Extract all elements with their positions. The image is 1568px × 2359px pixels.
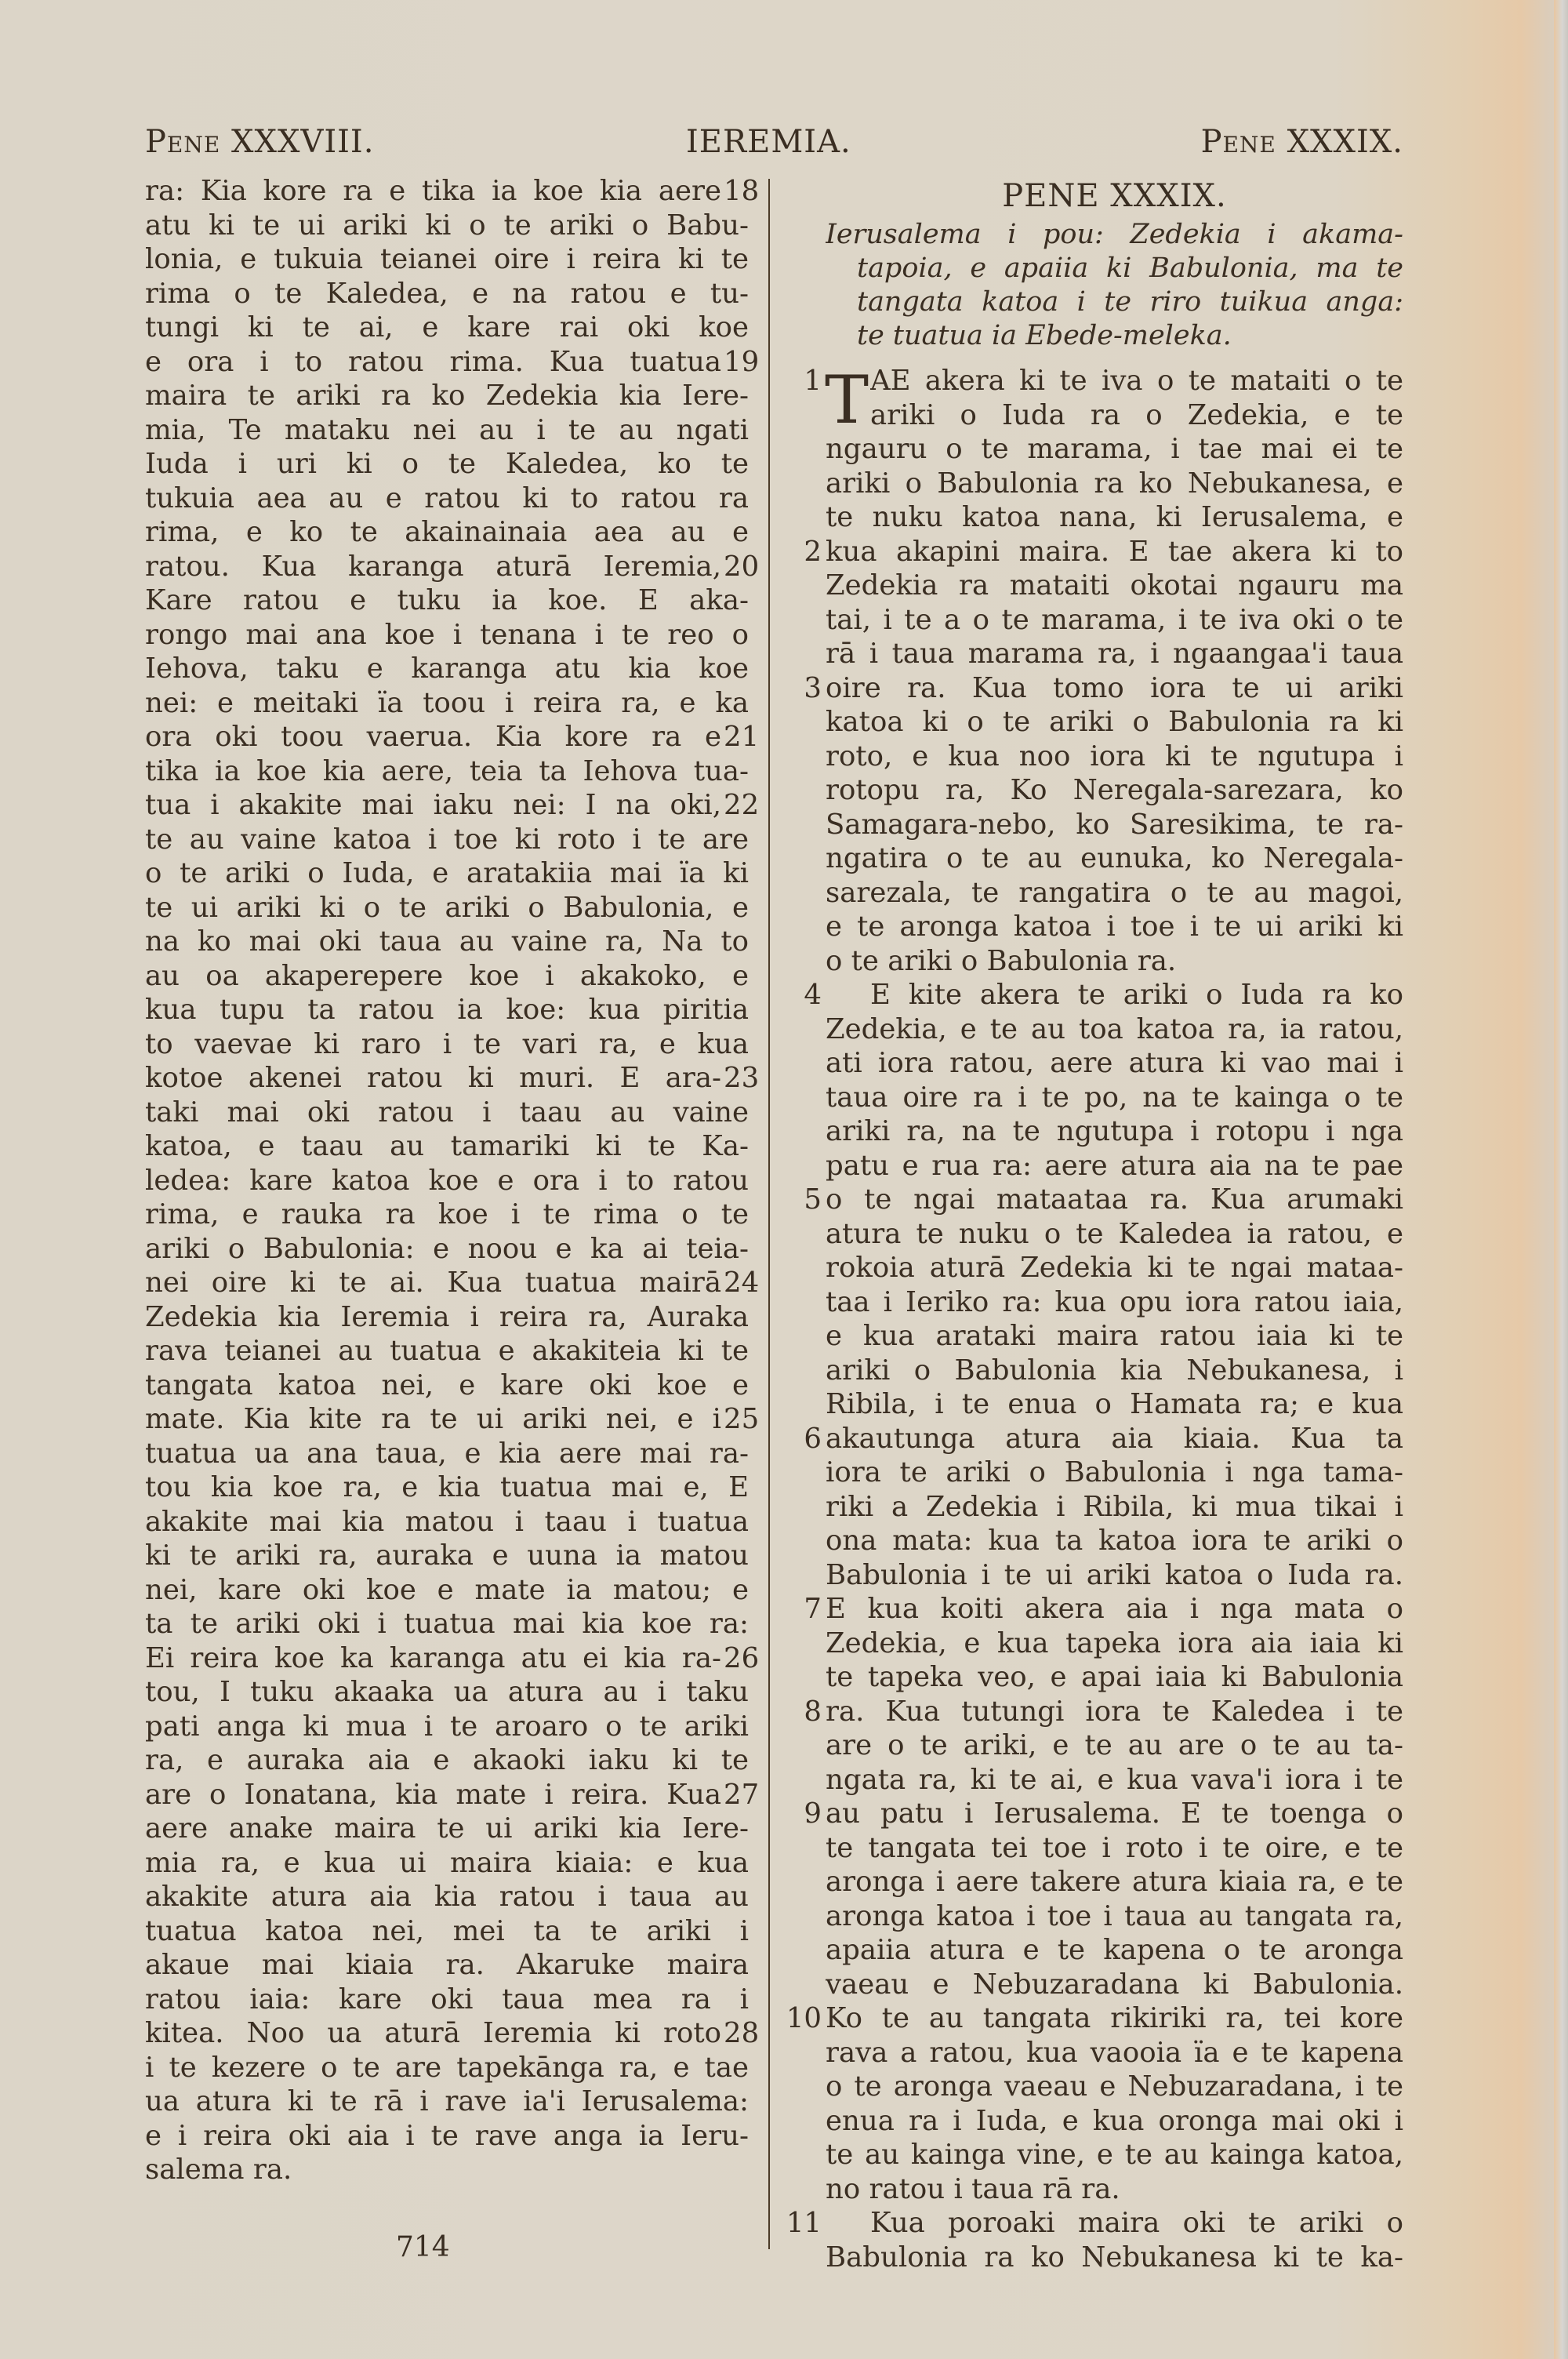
line-text: maira te ariki ra ko Zedekia kia Iere-: [145, 379, 749, 413]
line-text: kua akapini maira. E tae akera ki to: [826, 535, 1403, 569]
text-line: tuatua katoa nei, mei ta te ariki i: [145, 1914, 749, 1949]
line-text: akaue mai kiaia ra. Akaruke maira: [145, 1948, 749, 1983]
verse-number: 11: [784, 2206, 822, 2241]
line-text: E kite akera te ariki o Iuda ra ko: [870, 978, 1403, 1012]
text-line: rima, e rauka ra koe i te rima o te: [145, 1198, 749, 1232]
text-line: akaue mai kiaia ra. Akaruke maira: [145, 1948, 749, 1983]
text-line: ariki ra, na te ngutupa i rotopu i nga: [784, 1114, 1403, 1149]
line-text: akakite mai kia matou i taau i tuatua: [145, 1505, 749, 1539]
text-line: kitea. Noo ua aturā Ieremia ki roto28: [145, 2016, 749, 2051]
line-text: akautunga atura aia kiaia. Kua ta: [826, 1422, 1403, 1456]
line-text: patu e rua ra: aere atura aia na te pae: [826, 1149, 1403, 1183]
line-text: to vaevae ki raro i te vari ra, e kua: [145, 1027, 749, 1062]
verse-number: 21: [724, 720, 771, 754]
text-line: ta te ariki oki i tuatua mai kia koe ra:: [145, 1607, 749, 1641]
text-line: ona mata: kua ta katoa iora te ariki o: [784, 1524, 1403, 1558]
line-text: e kua arataki maira ratou iaia ki te: [826, 1319, 1403, 1354]
text-line: tai, i te a o te marama, i te iva oki o …: [784, 603, 1403, 638]
line-text: akakite atura aia kia ratou i taua au: [145, 1880, 749, 1914]
line-text: apaiia atura e te kapena o te aronga: [826, 1933, 1403, 1968]
line-text: sarezala, te rangatira o te au magoi,: [826, 876, 1403, 911]
line-text: taa i Ieriko ra: kua opu iora ratou iaia…: [826, 1285, 1403, 1320]
line-text: ra. Kua tutungi iora te Kaledea i te: [826, 1695, 1403, 1729]
line-text: katoa ki o te ariki o Babulonia ra ki: [826, 705, 1403, 740]
verse-number: 18: [724, 174, 771, 209]
line-text: ua atura ki te rā i rave ia'i Ierusalema…: [145, 2085, 749, 2119]
line-text: rongo mai ana koe i tenana i te reo o: [145, 618, 749, 652]
verse-number: 27: [724, 1778, 771, 1812]
line-text: tua i akakite mai iaku nei: I na oki,: [145, 788, 721, 823]
text-line: e kua arataki maira ratou iaia ki te: [784, 1319, 1403, 1354]
line-text: tou kia koe ra, e kia tuatua mai e, E: [145, 1470, 749, 1505]
text-line: are o te ariki, e te au are o te au ta-: [784, 1728, 1403, 1763]
text-line: taua oire ra i te po, na te kainga o te: [784, 1081, 1403, 1115]
summary-line: tangata katoa i te riro tuikua anga:: [857, 285, 1403, 319]
line-text: rava teianei au tuatua e akakiteia ki te: [145, 1334, 749, 1369]
text-line: Babulonia ra ko Nebukanesa ki te ka-: [784, 2241, 1403, 2275]
line-text: AE akera ki te iva o te mataiti o te: [870, 364, 1403, 398]
text-line: na ko mai oki taua au vaine ra, Na to: [145, 925, 749, 959]
line-text: Ribila, i te enua o Hamata ra; e kua: [826, 1387, 1403, 1422]
text-line: nei oire ki te ai. Kua tuatua mairā24: [145, 1266, 749, 1300]
line-text: Zedekia kia Ieremia i reira ra, Auraka: [145, 1300, 749, 1335]
line-text: rima, e rauka ra koe i te rima o te: [145, 1198, 749, 1232]
text-line: ua atura ki te rā i rave ia'i Ierusalema…: [145, 2085, 749, 2119]
line-text: lonia, e tukuia teianei oire i reira ki …: [145, 242, 749, 277]
text-line: Samagara-nebo, ko Saresikima, te ra-: [784, 808, 1403, 842]
line-text: rima o te Kaledea, e na ratou e tu-: [145, 277, 749, 311]
summary-line: Ierusalema i pou: Zedekia i akama-: [826, 218, 1403, 252]
text-line: 5o te ngai mataataa ra. Kua arumaki: [784, 1183, 1403, 1217]
verse-number: 20: [724, 550, 771, 584]
text-line: 11Kua poroaki maira oki te ariki o: [784, 2206, 1403, 2241]
text-line: ratou iaia: kare oki taua mea ra i: [145, 1983, 749, 2017]
text-line: mate. Kia kite ra te ui ariki nei, e i25: [145, 1402, 749, 1437]
text-line: iora te ariki o Babulonia i nga tama-: [784, 1456, 1403, 1490]
text-line: ariki o Babulonia kia Nebukanesa, i: [784, 1354, 1403, 1388]
line-text: ratou. Kua karanga aturā Ieremia,: [145, 550, 721, 584]
text-line: apaiia atura e te kapena o te aronga: [784, 1933, 1403, 1968]
verse-number: 4: [784, 978, 822, 1012]
text-line: 1TAE akera ki te iva o te mataiti o te: [784, 364, 1403, 398]
line-text: tungi ki te ai, e kare rai oki koe: [145, 311, 749, 345]
verse-number: 8: [784, 1695, 822, 1729]
verse-number: 6: [784, 1422, 822, 1456]
line-text: enua ra i Iuda, e kua oronga mai oki i: [826, 2104, 1403, 2139]
line-text: atura te nuku o te Kaledea ia ratou, e: [826, 1217, 1403, 1252]
line-text: ledea: kare katoa koe e ora i to ratou: [145, 1164, 749, 1198]
line-text: vaeau e Nebuzaradana ki Babulonia.: [826, 1968, 1403, 2002]
text-line: 8ra. Kua tutungi iora te Kaledea i te: [784, 1695, 1403, 1729]
line-text: atu ki te ui ariki ki o te ariki o Babu-: [145, 209, 749, 243]
text-line: ledea: kare katoa koe e ora i to ratou: [145, 1164, 749, 1198]
text-line: atu ki te ui ariki ki o te ariki o Babu-: [145, 209, 749, 243]
text-line: akakite mai kia matou i taau i tuatua: [145, 1505, 749, 1539]
text-line: Zedekia ra mataiti okotai ngauru ma: [784, 569, 1403, 603]
line-text: oire ra. Kua tomo iora te ui ariki: [826, 671, 1403, 706]
text-line: rokoia aturā Zedekia ki te ngai mataa-: [784, 1251, 1403, 1285]
line-text: Babulonia ra ko Nebukanesa ki te ka-: [826, 2241, 1403, 2275]
line-text: tika ia koe kia aere, teia ta Iehova tua…: [145, 754, 749, 789]
column-divider: [768, 179, 770, 2249]
text-line: te au kainga vine, e te au kainga katoa,: [784, 2138, 1403, 2172]
line-text: iora te ariki o Babulonia i nga tama-: [826, 1456, 1403, 1490]
text-line: 3oire ra. Kua tomo iora te ui ariki: [784, 671, 1403, 706]
line-text: taua oire ra i te po, na te kainga o te: [826, 1081, 1403, 1115]
line-text: e te aronga katoa i toe i te ui ariki ki: [826, 910, 1403, 944]
text-line: e i reira oki aia i te rave anga ia Ieru…: [145, 2119, 749, 2154]
verse-number: 24: [724, 1266, 771, 1300]
text-line: Zedekia kia Ieremia i reira ra, Auraka: [145, 1300, 749, 1335]
line-text: nei: e meitaki ïa toou i reira ra, e ka: [145, 686, 749, 721]
line-text: salema ra.: [145, 2153, 749, 2187]
text-line: Ei reira koe ka karanga atu ei kia ra-26: [145, 1641, 749, 1676]
text-line: atura te nuku o te Kaledea ia ratou, e: [784, 1217, 1403, 1252]
line-text: au patu i Ierusalema. E te toenga o: [826, 1797, 1403, 1831]
line-text: Zedekia, e te au toa katoa ra, ia ratou,: [826, 1012, 1403, 1047]
text-line: salema ra.: [145, 2153, 749, 2187]
line-text: rokoia aturā Zedekia ki te ngai mataa-: [826, 1251, 1403, 1285]
line-text: tou, I tuku akaaka ua atura au i taku: [145, 1675, 749, 1710]
text-line: akakite atura aia kia ratou i taua au: [145, 1880, 749, 1914]
text-line: maira te ariki ra ko Zedekia kia Iere-: [145, 379, 749, 413]
verse-number: 26: [724, 1641, 771, 1676]
text-line: te tapeka veo, e apai iaia ki Babulonia: [784, 1660, 1403, 1695]
line-text: E kua koiti akera aia i nga mata o: [826, 1592, 1403, 1627]
text-line: Zedekia, e te au toa katoa ra, ia ratou,: [784, 1012, 1403, 1047]
line-text: rima, e ko te akainainaia aea au e: [145, 515, 749, 550]
running-head-left: Pene XXXVIII.: [145, 124, 374, 160]
text-line: ariki o Babulonia: e noou e ka ai teia-: [145, 1232, 749, 1267]
line-text: are o te ariki, e te au are o te au ta-: [826, 1728, 1403, 1763]
verse-number: 22: [724, 788, 771, 823]
line-text: ora oki toou vaerua. Kia kore ra e: [145, 720, 721, 754]
text-line: rotopu ra, Ko Neregala-sarezara, ko: [784, 773, 1403, 808]
line-text: ngatira o te au eunuka, ko Neregala-: [826, 841, 1403, 876]
text-line: o te ariki o Babulonia ra.: [784, 944, 1403, 979]
text-line: patu e rua ra: aere atura aia na te pae: [784, 1149, 1403, 1183]
verse-number: 5: [784, 1183, 822, 1217]
text-line: ati iora ratou, aere atura ki vao mai i: [784, 1046, 1403, 1081]
line-text: o te ariki o Iuda, e aratakiia mai ïa ki: [145, 856, 749, 891]
page-number: 714: [396, 2231, 450, 2263]
text-line: ki te ariki ra, auraka e uuna ia matou: [145, 1539, 749, 1573]
text-line: Ribila, i te enua o Hamata ra; e kua: [784, 1387, 1403, 1422]
text-line: o te aronga vaeau e Nebuzaradana, i te: [784, 2070, 1403, 2104]
text-line: Babulonia i te ui ariki katoa o Iuda ra.: [784, 1558, 1403, 1593]
line-text: ra: Kia kore ra e tika ia koe kia aere: [145, 174, 721, 209]
text-line: sarezala, te rangatira o te au magoi,: [784, 876, 1403, 911]
text-line: rima o te Kaledea, e na ratou e tu-: [145, 277, 749, 311]
line-text: ariki ra, na te ngutupa i rotopu i nga: [826, 1114, 1403, 1149]
text-line: e te aronga katoa i toe i te ui ariki ki: [784, 910, 1403, 944]
line-text: ngata ra, ki te ai, e kua vava'i iora i …: [826, 1763, 1403, 1797]
line-text: aere anake maira te ui ariki kia Iere-: [145, 1812, 749, 1846]
text-line: e ora i to ratou rima. Kua tuatua19: [145, 345, 749, 380]
text-line: Iuda i uri ki o te Kaledea, ko te: [145, 447, 749, 482]
text-line: pati anga ki mua i te aroaro o te ariki: [145, 1710, 749, 1744]
text-line: te au vaine katoa i toe ki roto i te are: [145, 823, 749, 857]
line-text: te ui ariki ki o te ariki o Babulonia, e: [145, 891, 749, 925]
text-line: katoa, e taau au tamariki ki te Ka-: [145, 1129, 749, 1164]
line-text: katoa, e taau au tamariki ki te Ka-: [145, 1129, 749, 1164]
text-line: to vaevae ki raro i te vari ra, e kua: [145, 1027, 749, 1062]
line-text: Iuda i uri ki o te Kaledea, ko te: [145, 447, 749, 482]
text-line: taki mai oki ratou i taau au vaine: [145, 1096, 749, 1130]
text-line: vaeau e Nebuzaradana ki Babulonia.: [784, 1968, 1403, 2002]
line-text: kotoe akenei ratou ki muri. E ara-: [145, 1061, 721, 1096]
text-line: tua i akakite mai iaku nei: I na oki,22: [145, 788, 749, 823]
verse-number: 9: [784, 1797, 822, 1831]
text-line: te ui ariki ki o te ariki o Babulonia, e: [145, 891, 749, 925]
line-text: na ko mai oki taua au vaine ra, Na to: [145, 925, 749, 959]
running-head-right: Pene XXXIX.: [1201, 124, 1403, 160]
line-text: rā i taua marama ra, i ngaangaa'i taua: [826, 637, 1403, 671]
line-text: nei oire ki te ai. Kua tuatua mairā: [145, 1266, 721, 1300]
text-line: tika ia koe kia aere, teia ta Iehova tua…: [145, 754, 749, 789]
adjacent-page-edge: [1554, 0, 1568, 2359]
text-line: tangata katoa nei, e kare oki koe e: [145, 1369, 749, 1403]
text-line: taa i Ieriko ra: kua opu iora ratou iaia…: [784, 1285, 1403, 1320]
text-line: rongo mai ana koe i tenana i te reo o: [145, 618, 749, 652]
text-line: o te ariki o Iuda, e aratakiia mai ïa ki: [145, 856, 749, 891]
text-line: roto, e kua noo iora ki te ngutupa i: [784, 740, 1403, 774]
chapter-summary: Ierusalema i pou: Zedekia i akama-tapoia…: [826, 218, 1403, 353]
line-text: aronga i aere takere atura kiaia ra, e t…: [826, 1865, 1403, 1899]
line-text: kitea. Noo ua aturā Ieremia ki roto: [145, 2016, 721, 2051]
line-text: roto, e kua noo iora ki te ngutupa i: [826, 740, 1403, 774]
running-head-book-title: IEREMIA.: [686, 124, 851, 160]
text-line: enua ra i Iuda, e kua oronga mai oki i: [784, 2104, 1403, 2139]
text-line: ngatira o te au eunuka, ko Neregala-: [784, 841, 1403, 876]
text-line: 6akautunga atura aia kiaia. Kua ta: [784, 1422, 1403, 1456]
line-text: au oa akaperepere koe i akakoko, e: [145, 959, 749, 994]
line-text: Zedekia, e kua tapeka iora aia iaia ki: [826, 1627, 1403, 1661]
verse-number: 7: [784, 1592, 822, 1627]
right-column-text: 1TAE akera ki te iva o te mataiti o tear…: [784, 364, 1403, 2274]
line-text: ta te ariki oki i tuatua mai kia koe ra:: [145, 1607, 749, 1641]
text-line: no ratou i taua rā ra.: [784, 2172, 1403, 2207]
text-line: are o Ionatana, kia mate i reira. Kua27: [145, 1778, 749, 1812]
text-line: rava teianei au tuatua e akakiteia ki te: [145, 1334, 749, 1369]
text-line: ora oki toou vaerua. Kia kore ra e21: [145, 720, 749, 754]
text-line: mia, Te mataku nei au i te au ngati: [145, 413, 749, 448]
chapter-title: PENE XXXIX.: [826, 174, 1403, 218]
line-text: mia ra, e kua ui maira kiaia: e kua: [145, 1846, 749, 1881]
line-text: mate. Kia kite ra te ui ariki nei, e i: [145, 1402, 721, 1437]
text-line: 2kua akapini maira. E tae akera ki to: [784, 535, 1403, 569]
line-text: te au kainga vine, e te au kainga katoa,: [826, 2138, 1403, 2172]
line-text: Kua poroaki maira oki te ariki o: [870, 2206, 1403, 2241]
line-text: ariki o Iuda ra o Zedekia, e te: [870, 398, 1403, 433]
line-text: ariki o Babulonia ra ko Nebukanesa, e: [826, 467, 1403, 501]
line-text: o te aronga vaeau e Nebuzaradana, i te: [826, 2070, 1403, 2104]
line-text: tuatua ua ana taua, e kia aere mai ra-: [145, 1437, 749, 1471]
line-text: tuatua katoa nei, mei ta te ariki i: [145, 1914, 749, 1949]
line-text: tangata katoa nei, e kare oki koe e: [145, 1369, 749, 1403]
left-column: ra: Kia kore ra e tika ia koe kia aere18…: [145, 174, 749, 2187]
text-line: rima, e ko te akainainaia aea au e: [145, 515, 749, 550]
text-line: ariki o Iuda ra o Zedekia, e te: [784, 398, 1403, 433]
line-text: rava a ratou, kua vaooia ïa e te kapena: [826, 2036, 1403, 2070]
line-text: Iehova, taku e karanga atu kia koe: [145, 652, 749, 686]
text-line: Iehova, taku e karanga atu kia koe: [145, 652, 749, 686]
text-line: ngata ra, ki te ai, e kua vava'i iora i …: [784, 1763, 1403, 1797]
line-text: nei, kare oki koe e mate ia matou; e: [145, 1573, 749, 1608]
text-line: ariki o Babulonia ra ko Nebukanesa, e: [784, 467, 1403, 501]
text-line: ra: Kia kore ra e tika ia koe kia aere18: [145, 174, 749, 209]
line-text: i te kezere o te are tapekānga ra, e tae: [145, 2051, 749, 2085]
line-text: rotopu ra, Ko Neregala-sarezara, ko: [826, 773, 1403, 808]
text-line: lonia, e tukuia teianei oire i reira ki …: [145, 242, 749, 277]
line-text: ra, e auraka aia e akaoki iaku ki te: [145, 1743, 749, 1778]
verse-number: 1: [784, 364, 822, 398]
text-line: 4E kite akera te ariki o Iuda ra ko: [784, 978, 1403, 1012]
text-line: 10Ko te au tangata rikiriki ra, tei kore: [784, 2001, 1403, 2036]
line-text: are o Ionatana, kia mate i reira. Kua: [145, 1778, 721, 1812]
text-line: tou kia koe ra, e kia tuatua mai e, E: [145, 1470, 749, 1505]
line-text: e i reira oki aia i te rave anga ia Ieru…: [145, 2119, 749, 2154]
running-head: Pene XXXVIII. IEREMIA. Pene XXXIX.: [145, 124, 1403, 171]
text-line: au oa akaperepere koe i akakoko, e: [145, 959, 749, 994]
line-text: te tangata tei toe i roto i te oire, e t…: [826, 1831, 1403, 1866]
line-text: ati iora ratou, aere atura ki vao mai i: [826, 1046, 1403, 1081]
text-line: Kare ratou e tuku ia koe. E aka-: [145, 583, 749, 618]
text-line: nei, kare oki koe e mate ia matou; e: [145, 1573, 749, 1608]
line-text: o te ngai mataataa ra. Kua arumaki: [826, 1183, 1403, 1217]
line-text: o te ariki o Babulonia ra.: [826, 944, 1403, 979]
line-text: Zedekia ra mataiti okotai ngauru ma: [826, 569, 1403, 603]
text-line: aronga katoa i toe i taua au tangata ra,: [784, 1899, 1403, 1934]
text-line: i te kezere o te are tapekānga ra, e tae: [145, 2051, 749, 2085]
line-text: Babulonia i te ui ariki katoa o Iuda ra.: [826, 1558, 1403, 1593]
line-text: te tapeka veo, e apai iaia ki Babulonia: [826, 1660, 1403, 1695]
verse-number: 25: [724, 1402, 771, 1437]
text-line: tou, I tuku akaaka ua atura au i taku: [145, 1675, 749, 1710]
summary-line: tapoia, e apaiia ki Babulonia, ma te: [857, 252, 1403, 285]
line-text: taki mai oki ratou i taau au vaine: [145, 1096, 749, 1130]
text-line: aronga i aere takere atura kiaia ra, e t…: [784, 1865, 1403, 1899]
text-line: te nuku katoa nana, ki Ierusalema, e: [784, 500, 1403, 535]
text-line: rava a ratou, kua vaooia ïa e te kapena: [784, 2036, 1403, 2070]
line-text: ariki o Babulonia kia Nebukanesa, i: [826, 1354, 1403, 1388]
line-text: e ora i to ratou rima. Kua tuatua: [145, 345, 721, 380]
line-text: ngauru o te marama, i tae mai ei te: [826, 432, 1403, 467]
line-text: aronga katoa i toe i taua au tangata ra,: [826, 1899, 1403, 1934]
line-text: tai, i te a o te marama, i te iva oki o …: [826, 603, 1403, 638]
line-text: tukuia aea au e ratou ki to ratou ra: [145, 482, 749, 516]
line-text: te nuku katoa nana, ki Ierusalema, e: [826, 500, 1403, 535]
text-line: ratou. Kua karanga aturā Ieremia,20: [145, 550, 749, 584]
verse-number: 19: [724, 345, 771, 380]
verse-number: 2: [784, 535, 822, 569]
verse-number: 10: [784, 2001, 822, 2036]
line-text: ratou iaia: kare oki taua mea ra i: [145, 1983, 749, 2017]
text-line: 7E kua koiti akera aia i nga mata o: [784, 1592, 1403, 1627]
line-text: Samagara-nebo, ko Saresikima, te ra-: [826, 808, 1403, 842]
text-line: Zedekia, e kua tapeka iora aia iaia ki: [784, 1627, 1403, 1661]
text-line: tukuia aea au e ratou ki to ratou ra: [145, 482, 749, 516]
text-line: aere anake maira te ui ariki kia Iere-: [145, 1812, 749, 1846]
verse-number: 28: [724, 2016, 771, 2051]
verse-number: 23: [724, 1061, 771, 1096]
line-text: pati anga ki mua i te aroaro o te ariki: [145, 1710, 749, 1744]
text-line: katoa ki o te ariki o Babulonia ra ki: [784, 705, 1403, 740]
text-line: tungi ki te ai, e kare rai oki koe: [145, 311, 749, 345]
text-line: te tangata tei toe i roto i te oire, e t…: [784, 1831, 1403, 1866]
text-line: ngauru o te marama, i tae mai ei te: [784, 432, 1403, 467]
text-line: ra, e auraka aia e akaoki iaku ki te: [145, 1743, 749, 1778]
text-line: 9au patu i Ierusalema. E te toenga o: [784, 1797, 1403, 1831]
text-line: kua tupu ta ratou ia koe: kua piritia: [145, 993, 749, 1027]
text-line: tuatua ua ana taua, e kia aere mai ra-: [145, 1437, 749, 1471]
line-text: ona mata: kua ta katoa iora te ariki o: [826, 1524, 1403, 1558]
verse-number: 3: [784, 671, 822, 706]
summary-line: te tuatua ia Ebede-meleka.: [857, 319, 1403, 353]
right-column: PENE XXXIX. Ierusalema i pou: Zedekia i …: [784, 174, 1403, 2274]
line-text: Kare ratou e tuku ia koe. E aka-: [145, 583, 749, 618]
line-text: ki te ariki ra, auraka e uuna ia matou: [145, 1539, 749, 1573]
line-text: Ko te au tangata rikiriki ra, tei kore: [826, 2001, 1403, 2036]
line-text: no ratou i taua rā ra.: [826, 2172, 1403, 2207]
text-line: kotoe akenei ratou ki muri. E ara-23: [145, 1061, 749, 1096]
line-text: mia, Te mataku nei au i te au ngati: [145, 413, 749, 448]
line-text: te au vaine katoa i toe ki roto i te are: [145, 823, 749, 857]
line-text: Ei reira koe ka karanga atu ei kia ra-: [145, 1641, 721, 1676]
text-line: nei: e meitaki ïa toou i reira ra, e ka: [145, 686, 749, 721]
line-text: ariki o Babulonia: e noou e ka ai teia-: [145, 1232, 749, 1267]
line-text: riki a Zedekia i Ribila, ki mua tikai i: [826, 1490, 1403, 1525]
text-line: rā i taua marama ra, i ngaangaa'i taua: [784, 637, 1403, 671]
line-text: kua tupu ta ratou ia koe: kua piritia: [145, 993, 749, 1027]
text-line: riki a Zedekia i Ribila, ki mua tikai i: [784, 1490, 1403, 1525]
text-line: mia ra, e kua ui maira kiaia: e kua: [145, 1846, 749, 1881]
